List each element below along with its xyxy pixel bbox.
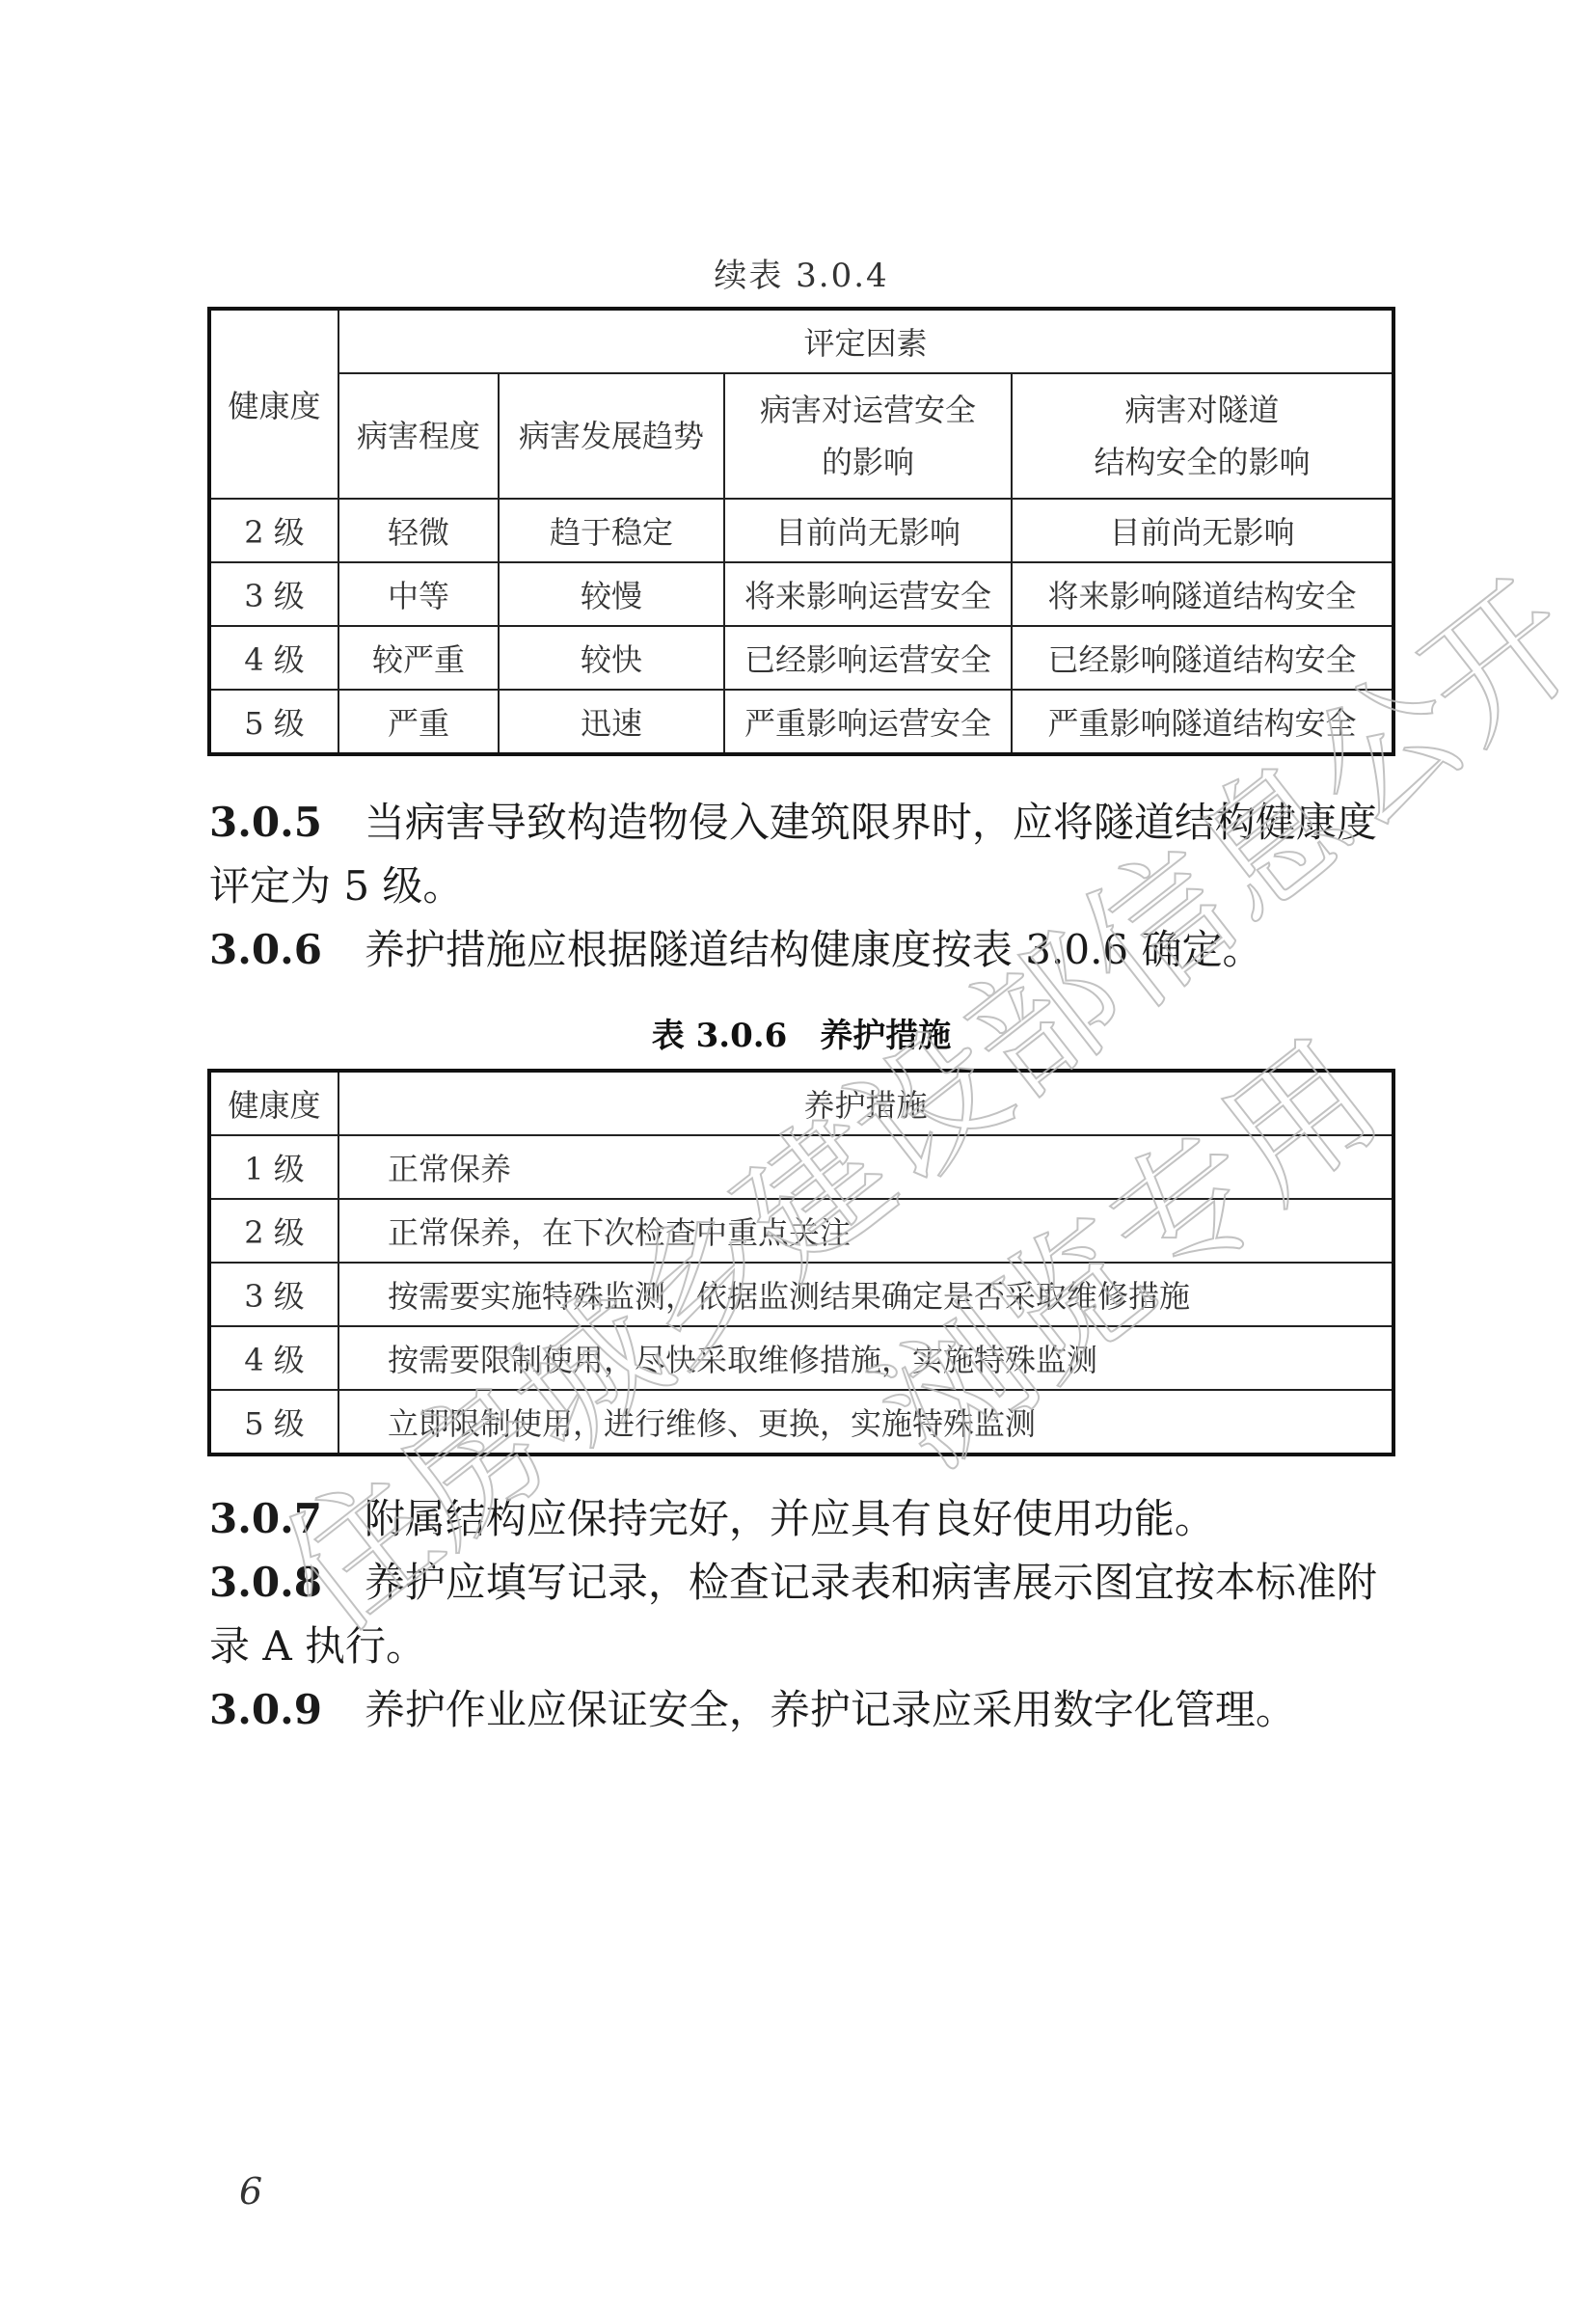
table-row: 4 级 按需要限制使用，尽快采取维修措施，实施特殊监测 — [209, 1326, 1393, 1390]
table-row: 4 级 较严重 较快 已经影响运营安全 已经影响隧道结构安全 — [209, 626, 1393, 690]
clause-number: 3.0.6 — [209, 926, 322, 973]
clause-number: 3.0.7 — [209, 1495, 322, 1542]
header-operation-line2: 的影响 — [822, 444, 914, 480]
table-row: 5 级 立即限制使用，进行维修、更换，实施特殊监测 — [209, 1390, 1393, 1455]
cell-operation: 将来影响运营安全 — [724, 562, 1012, 626]
cell-measure: 正常保养，在下次检查中重点关注 — [338, 1199, 1393, 1263]
clause-number: 3.0.8 — [209, 1559, 322, 1606]
page-number: 6 — [239, 2170, 262, 2213]
clause-text: 养护措施应根据隧道结构健康度按表 3.0.6 确定。 — [365, 926, 1263, 973]
cell-trend: 趋于稳定 — [499, 499, 724, 562]
cell-trend: 较快 — [499, 626, 724, 690]
clause-text: 养护应填写记录，检查记录表和病害展示图宜按本标准附录 A 执行。 — [209, 1559, 1377, 1670]
header-structure-line2: 结构安全的影响 — [1094, 444, 1310, 480]
clause-text: 当病害导致构造物侵入建筑限界时，应将隧道结构健康度评定为 5 级。 — [209, 799, 1377, 910]
cell-measure: 正常保养 — [338, 1135, 1393, 1199]
cell-degree: 轻微 — [338, 499, 499, 562]
clause-3-0-5: 3.0.5当病害导致构造物侵入建筑限界时，应将隧道结构健康度评定为 5 级。 — [209, 791, 1395, 918]
cell-operation: 已经影响运营安全 — [724, 626, 1012, 690]
cell-grade: 4 级 — [209, 626, 338, 690]
header-health: 健康度 — [209, 309, 338, 499]
clause-3-0-6: 3.0.6养护措施应根据隧道结构健康度按表 3.0.6 确定。 — [209, 918, 1395, 982]
header-factor-group: 评定因素 — [338, 309, 1393, 373]
table-row: 2 级 轻微 趋于稳定 目前尚无影响 目前尚无影响 — [209, 499, 1393, 562]
cell-grade: 3 级 — [209, 1263, 338, 1326]
table-row: 2 级 正常保养，在下次检查中重点关注 — [209, 1199, 1393, 1263]
cell-grade: 3 级 — [209, 562, 338, 626]
header-measure: 养护措施 — [338, 1071, 1393, 1135]
header-structure: 病害对隧道结构安全的影响 — [1012, 373, 1393, 499]
cell-structure: 已经影响隧道结构安全 — [1012, 626, 1393, 690]
cell-operation: 目前尚无影响 — [724, 499, 1012, 562]
clause-number: 3.0.5 — [209, 799, 322, 846]
cell-degree: 较严重 — [338, 626, 499, 690]
header-operation-line1: 病害对运营安全 — [760, 392, 976, 428]
header-degree: 病害程度 — [338, 373, 499, 499]
cell-structure: 目前尚无影响 — [1012, 499, 1393, 562]
header-operation: 病害对运营安全的影响 — [724, 373, 1012, 499]
table-row: 1 级 正常保养 — [209, 1135, 1393, 1199]
cell-grade: 5 级 — [209, 1390, 338, 1455]
cell-trend: 较慢 — [499, 562, 724, 626]
cell-trend: 迅速 — [499, 690, 724, 754]
clause-text: 附属结构应保持完好，并应具有良好使用功能。 — [365, 1495, 1215, 1542]
cell-grade: 2 级 — [209, 1199, 338, 1263]
cell-grade: 4 级 — [209, 1326, 338, 1390]
table-304: 健康度 评定因素 病害程度 病害发展趋势 病害对运营安全的影响 病害对隧道结构安… — [207, 307, 1395, 756]
table-304-caption: 续表 3.0.4 — [207, 249, 1395, 296]
clause-text: 养护作业应保证安全，养护记录应采用数字化管理。 — [365, 1686, 1296, 1733]
cell-structure: 将来影响隧道结构安全 — [1012, 562, 1393, 626]
cell-degree: 严重 — [338, 690, 499, 754]
cell-measure: 按需要实施特殊监测，依据监测结果确定是否采取维修措施 — [338, 1263, 1393, 1326]
cell-grade: 5 级 — [209, 690, 338, 754]
cell-grade: 2 级 — [209, 499, 338, 562]
clause-3-0-7: 3.0.7附属结构应保持完好，并应具有良好使用功能。 — [209, 1487, 1395, 1551]
table-row: 3 级 中等 较慢 将来影响运营安全 将来影响隧道结构安全 — [209, 562, 1393, 626]
cell-degree: 中等 — [338, 562, 499, 626]
clause-3-0-8: 3.0.8养护应填写记录，检查记录表和病害展示图宜按本标准附录 A 执行。 — [209, 1551, 1395, 1678]
cell-measure: 按需要限制使用，尽快采取维修措施，实施特殊监测 — [338, 1326, 1393, 1390]
table-306-caption: 表 3.0.6 养护措施 — [207, 1009, 1395, 1056]
table-row: 5 级 严重 迅速 严重影响运营安全 严重影响隧道结构安全 — [209, 690, 1393, 754]
header-health: 健康度 — [209, 1071, 338, 1135]
table-306: 健康度 养护措施 1 级 正常保养 2 级 正常保养，在下次检查中重点关注 3 … — [207, 1069, 1395, 1456]
header-trend: 病害发展趋势 — [499, 373, 724, 499]
clause-number: 3.0.9 — [209, 1686, 322, 1733]
cell-measure: 立即限制使用，进行维修、更换，实施特殊监测 — [338, 1390, 1393, 1455]
cell-structure: 严重影响隧道结构安全 — [1012, 690, 1393, 754]
cell-operation: 严重影响运营安全 — [724, 690, 1012, 754]
table-row: 3 级 按需要实施特殊监测，依据监测结果确定是否采取维修措施 — [209, 1263, 1393, 1326]
header-structure-line1: 病害对隧道 — [1124, 392, 1279, 428]
clause-3-0-9: 3.0.9养护作业应保证安全，养护记录应采用数字化管理。 — [209, 1678, 1395, 1742]
cell-grade: 1 级 — [209, 1135, 338, 1199]
